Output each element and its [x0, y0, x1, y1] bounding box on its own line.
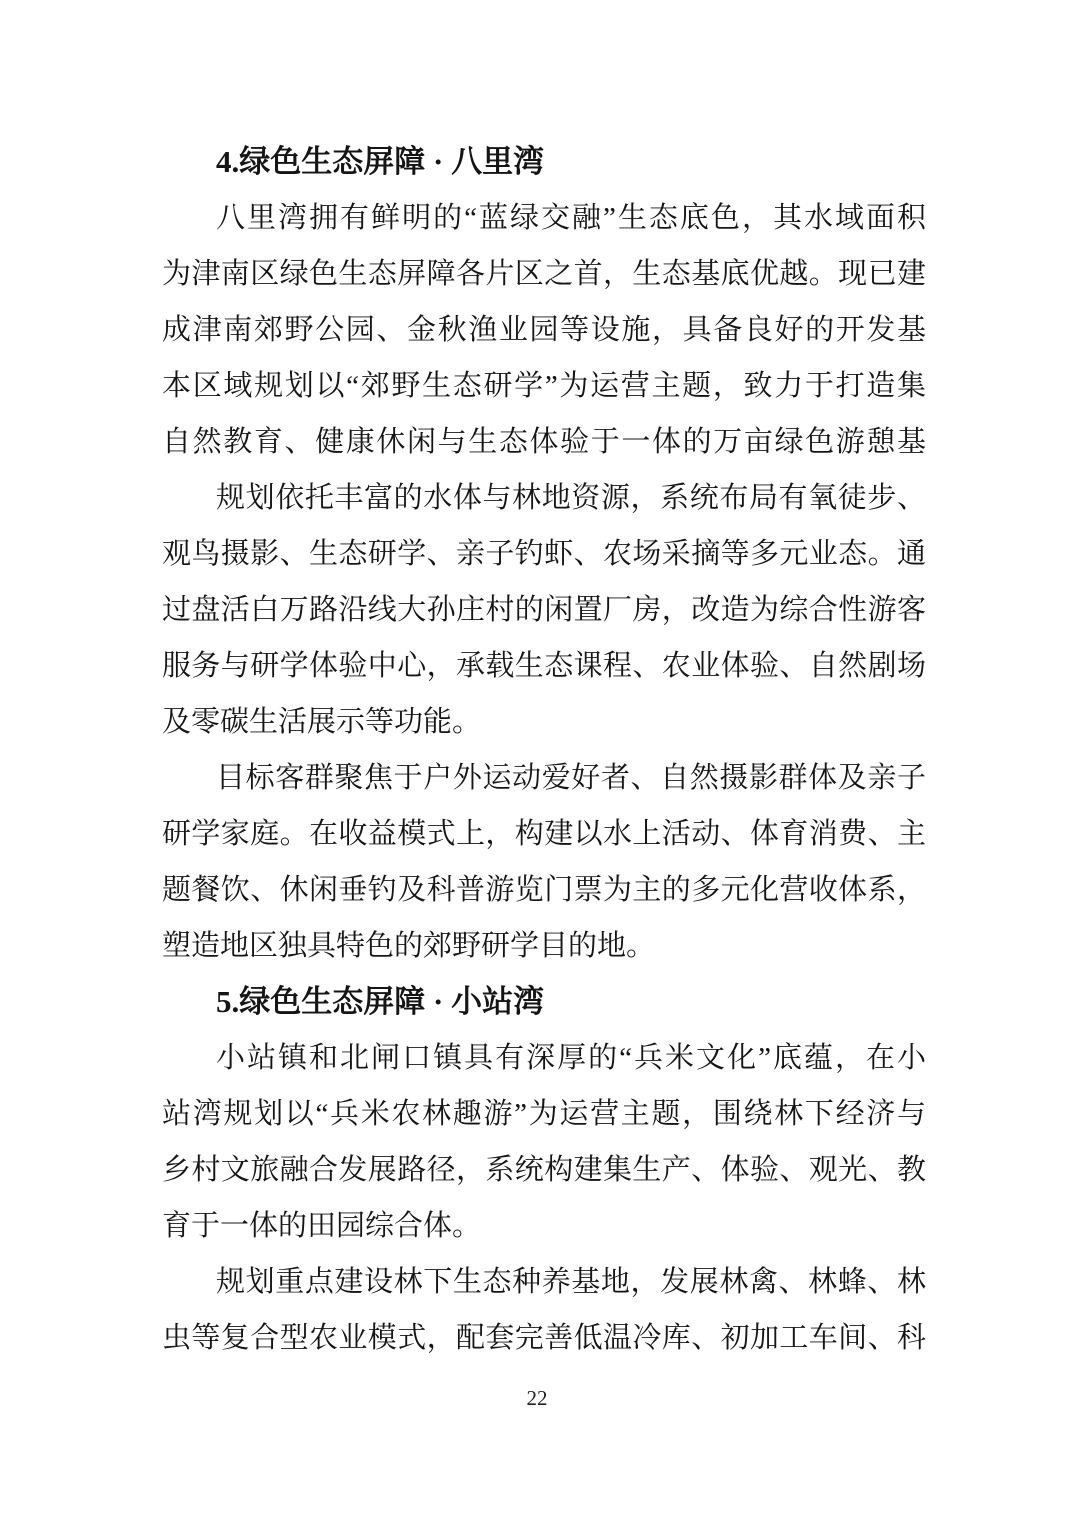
paragraph-line: 八里湾拥有鲜明的“蓝绿交融”生态底色，其水域面积 — [162, 190, 926, 246]
paragraph-line: 及零碳生活展示等功能。 — [162, 694, 926, 750]
heading-line: 5.绿色生态屏障 · 小站湾 — [162, 974, 926, 1030]
paragraph: 目标客群聚焦于户外运动爱好者、自然摄影群体及亲子研学家庭。在收益模式上，构建以水… — [162, 750, 926, 974]
paragraph-line: 塑造地区独具特色的郊野研学目的地。 — [162, 918, 926, 974]
heading-line: 4.绿色生态屏障 · 八里湾 — [162, 134, 926, 190]
section-heading: 4.绿色生态屏障 · 八里湾 — [162, 134, 926, 190]
paragraph-line: 乡村文旅融合发展路径，系统构建集生产、体验、观光、教 — [162, 1142, 926, 1198]
paragraph-line: 观鸟摄影、生态研学、亲子钓虾、农场采摘等多元业态。通 — [162, 526, 926, 582]
paragraph-line: 过盘活白万路沿线大孙庄村的闲置厂房，改造为综合性游客 — [162, 582, 926, 638]
paragraph: 小站镇和北闸口镇具有深厚的“兵米文化”底蕴，在小站湾规划以“兵米农林趣游”为运营… — [162, 1030, 926, 1254]
paragraph-line: 服务与研学体验中心，承载生态课程、农业体验、自然剧场 — [162, 638, 926, 694]
paragraph-line: 为津南区绿色生态屏障各片区之首，生态基底优越。现已建 — [162, 246, 926, 302]
paragraph: 规划重点建设林下生态种养基地，发展林禽、林蜂、林虫等复合型农业模式，配套完善低温… — [162, 1254, 926, 1366]
paragraph-line: 题餐饮、休闲垂钓及科普游览门票为主的多元化营收体系， — [162, 862, 926, 918]
paragraph-line: 规划依托丰富的水体与林地资源，系统布局有氧徒步、 — [162, 470, 926, 526]
paragraph-line: 育于一体的田园综合体。 — [162, 1198, 926, 1254]
document-page: 4.绿色生态屏障 · 八里湾八里湾拥有鲜明的“蓝绿交融”生态底色，其水域面积为津… — [0, 0, 1074, 1520]
paragraph: 规划依托丰富的水体与林地资源，系统布局有氧徒步、观鸟摄影、生态研学、亲子钓虾、农… — [162, 470, 926, 750]
section-heading: 5.绿色生态屏障 · 小站湾 — [162, 974, 926, 1030]
paragraph-line: 成津南郊野公园、金秋渔业园等设施，具备良好的开发基础。 — [162, 302, 926, 358]
paragraph-line: 虫等复合型农业模式，配套完善低温冷库、初加工车间、科 — [162, 1310, 926, 1366]
paragraph-line: 目标客群聚焦于户外运动爱好者、自然摄影群体及亲子 — [162, 750, 926, 806]
paragraph-line: 站湾规划以“兵米农林趣游”为运营主题，围绕林下经济与 — [162, 1086, 926, 1142]
paragraph-line: 小站镇和北闸口镇具有深厚的“兵米文化”底蕴，在小 — [162, 1030, 926, 1086]
paragraph-line: 研学家庭。在收益模式上，构建以水上活动、体育消费、主 — [162, 806, 926, 862]
paragraph-line: 本区域规划以“郊野生态研学”为运营主题，致力于打造集 — [162, 358, 926, 414]
paragraph-line: 自然教育、健康休闲与生态体验于一体的万亩绿色游憩基地。 — [162, 414, 926, 470]
paragraph-line: 规划重点建设林下生态种养基地，发展林禽、林蜂、林 — [162, 1254, 926, 1310]
paragraph: 八里湾拥有鲜明的“蓝绿交融”生态底色，其水域面积为津南区绿色生态屏障各片区之首，… — [162, 190, 926, 470]
page-number: 22 — [0, 1384, 1074, 1412]
document-body: 4.绿色生态屏障 · 八里湾八里湾拥有鲜明的“蓝绿交融”生态底色，其水域面积为津… — [162, 134, 926, 1366]
